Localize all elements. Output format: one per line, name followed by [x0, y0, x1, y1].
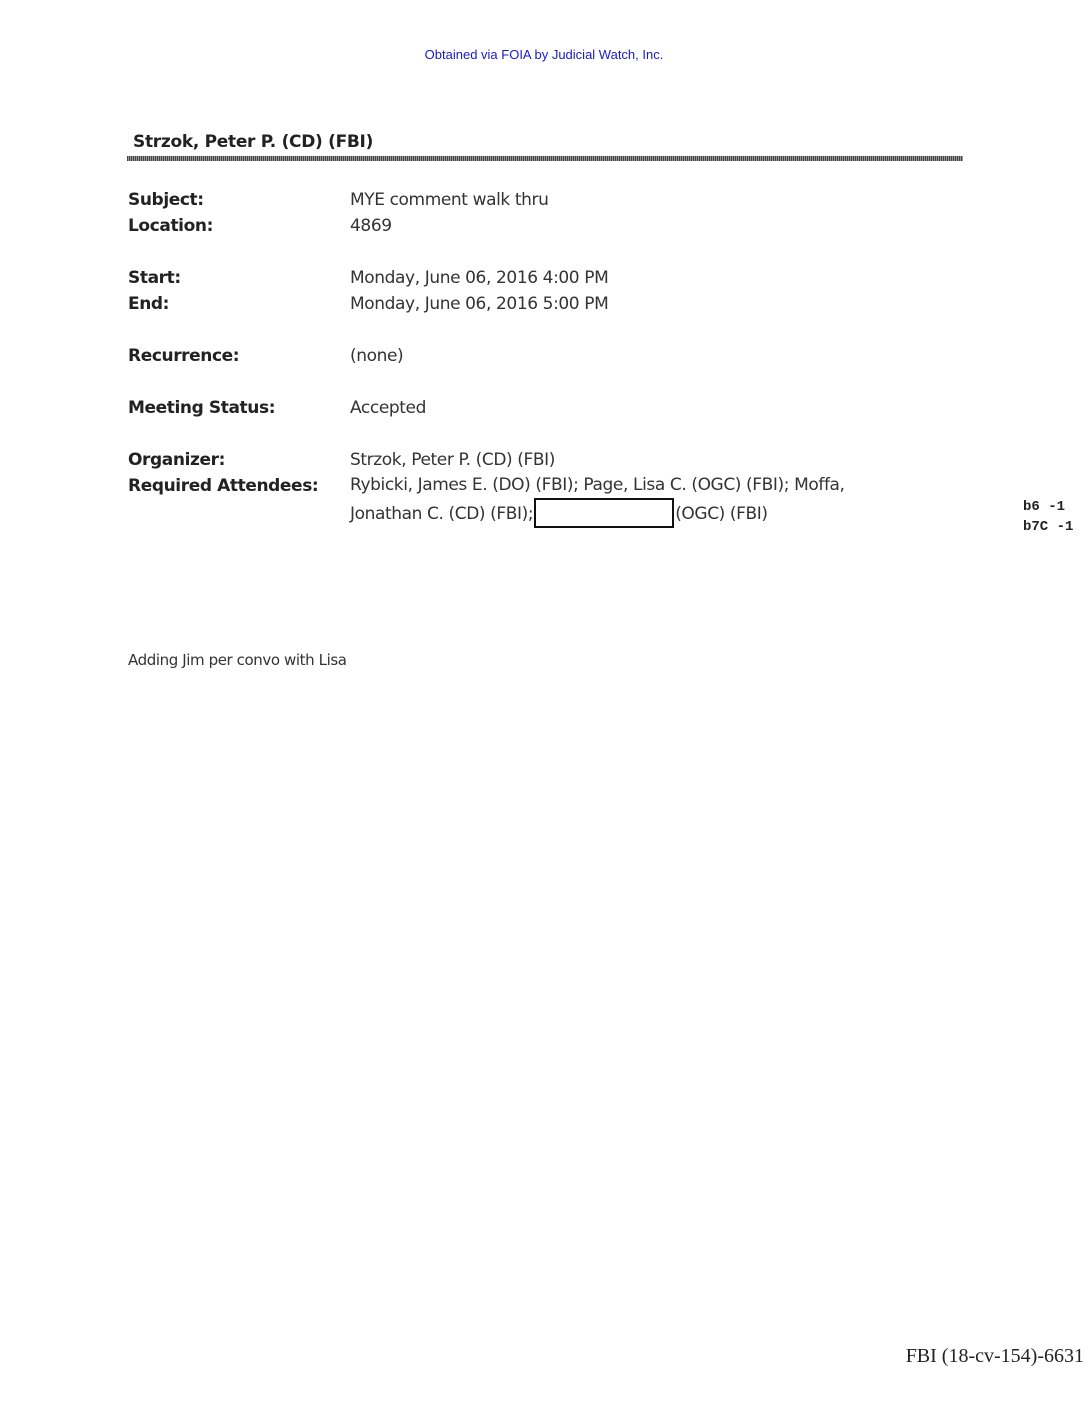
subject-value: MYE comment walk thru [350, 190, 548, 210]
start-label: Start: [128, 268, 181, 288]
redaction-box [534, 498, 674, 528]
calendar-owner: Strzok, Peter P. (CD) (FBI) [133, 132, 373, 152]
attendees-line-2-before: Jonathan C. (CD) (FBI); [350, 504, 533, 524]
end-value: Monday, June 06, 2016 5:00 PM [350, 294, 608, 314]
attendees-line-1: Rybicki, James E. (DO) (FBI); Page, Lisa… [350, 472, 845, 498]
meeting-status-label: Meeting Status: [128, 398, 275, 418]
location-value: 4869 [350, 216, 392, 236]
exemption-code: b6 -1 [1023, 497, 1073, 517]
exemption-code: b7C -1 [1023, 517, 1073, 537]
body-note: Adding Jim per convo with Lisa [128, 651, 347, 669]
meeting-status-value: Accepted [350, 398, 426, 418]
location-label: Location: [128, 216, 213, 236]
recurrence-label: Recurrence: [128, 346, 239, 366]
bates-number: FBI (18-cv-154)-6631 [906, 1345, 1084, 1368]
organizer-value: Strzok, Peter P. (CD) (FBI) [350, 450, 555, 470]
start-value: Monday, June 06, 2016 4:00 PM [350, 268, 608, 288]
foia-watermark: Obtained via FOIA by Judicial Watch, Inc… [0, 47, 1088, 62]
recurrence-value: (none) [350, 346, 403, 366]
required-attendees-label: Required Attendees: [128, 476, 318, 496]
attendees-line-2: Jonathan C. (CD) (FBI);(OGC) (FBI) [350, 498, 845, 528]
attendees-line-2-after: (OGC) (FBI) [675, 504, 767, 524]
header-divider [127, 156, 963, 161]
exemption-codes: b6 -1b7C -1 [1023, 497, 1073, 537]
required-attendees-value: Rybicki, James E. (DO) (FBI); Page, Lisa… [350, 472, 845, 528]
organizer-label: Organizer: [128, 450, 225, 470]
subject-label: Subject: [128, 190, 204, 210]
end-label: End: [128, 294, 169, 314]
